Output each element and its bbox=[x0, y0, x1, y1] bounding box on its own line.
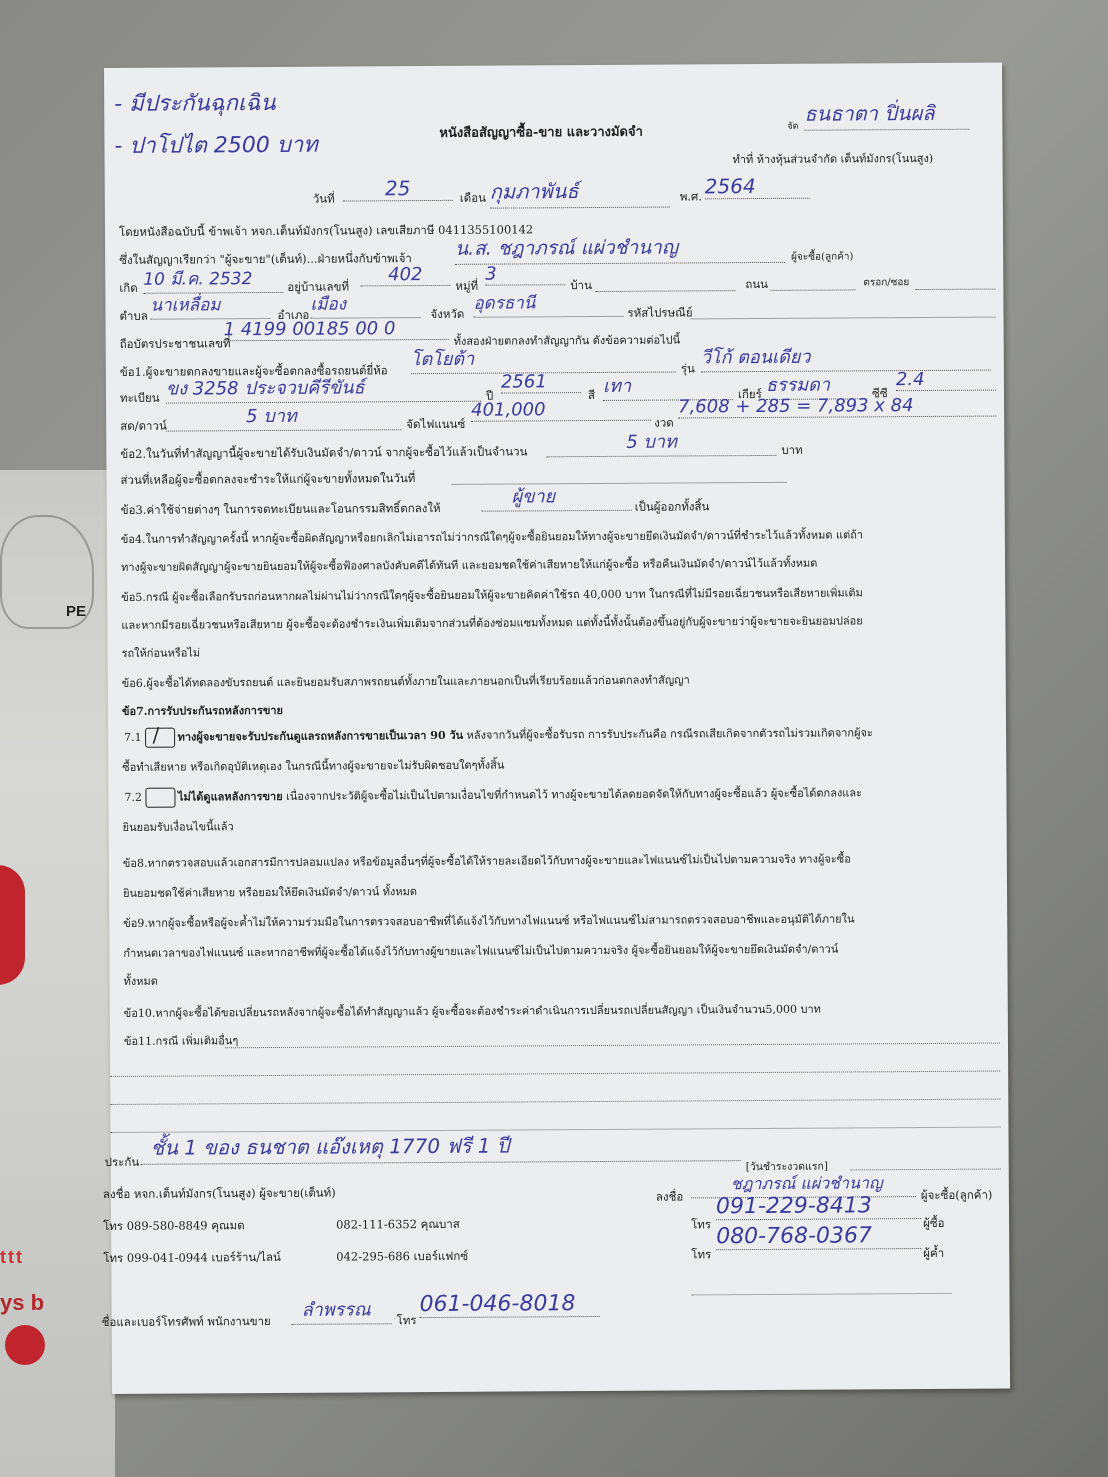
road-field bbox=[770, 289, 855, 291]
year-value: 2564 bbox=[705, 174, 810, 200]
clause9-line3: ทั้งหมด bbox=[124, 972, 158, 990]
soi-field bbox=[915, 289, 995, 290]
bag-text: PE bbox=[66, 603, 86, 620]
clause3-label: ข้อ3.ค่าใช้จ่ายต่างๆ ในการจดทะเบียนและโอ… bbox=[121, 500, 441, 520]
red-print bbox=[0, 865, 25, 985]
clause7-1-rest: หลังจากวันที่ผู้จะซื้อรับรถ การรับประกัน… bbox=[463, 726, 873, 742]
born-label: เกิด bbox=[119, 280, 137, 298]
seller-phone-2: 082-111-6352 คุณบาส bbox=[336, 1216, 460, 1235]
road-label: ถนน bbox=[745, 276, 768, 294]
clause7-2-number: 7.2 bbox=[124, 791, 142, 804]
clause11-line-3 bbox=[110, 1099, 1000, 1105]
clause8-line1: ข้อ8.หากตรวจสอบแล้วเอกสารมีการปลอมแปลง ห… bbox=[123, 849, 851, 871]
subdistrict-value: นาเหลื่อม bbox=[150, 291, 270, 320]
clause7-1-row: 7.1/ทางผู้จะขายจะรับประกันดูแลรถหลังการข… bbox=[124, 723, 873, 748]
handwritten-note-1: - มีประกันฉุกเฉิน bbox=[114, 85, 275, 121]
staff-tel-label: โทร bbox=[397, 1312, 417, 1330]
clause4-line2: ทางผู้จะขายผิดสัญญาผู้จะขายยินยอมให้ผู้จ… bbox=[121, 554, 817, 576]
year-label: พ.ศ. bbox=[680, 188, 702, 206]
moo-value: 3 bbox=[485, 263, 565, 285]
clause6: ข้อ6.ผู้จะซื้อได้ทดลองขับรถยนต์ และยินยอ… bbox=[122, 670, 690, 691]
clause3-value: ผู้ขาย bbox=[482, 481, 632, 512]
down-label: สด/ดาวน์ bbox=[120, 418, 167, 436]
document-title: หนังสือสัญญาซื้อ-ขาย และวางมัดจำ bbox=[439, 121, 643, 143]
contract-paper: - มีประกันฉุกเฉิน - ปาโปไต 2500 บาท หนัง… bbox=[104, 63, 1010, 1394]
clause7-1-bold: ทางผู้จะขายจะรับประกันดูแลรถหลังการขายเป… bbox=[178, 729, 464, 744]
day-label: วันที่ bbox=[313, 191, 335, 209]
brand-value: โตโยต้า bbox=[411, 343, 676, 375]
clause2a-value: 5 บาท bbox=[546, 426, 776, 457]
clause11-line-1 bbox=[225, 1043, 1000, 1049]
clause9-line2: กำหนดเวลาของไฟแนนซ์ และหากอาชีพที่ผู้จะซ… bbox=[123, 940, 838, 962]
place: ทำที่ ห้างหุ้นส่วนจำกัด เต็นท์มังกร(โนนส… bbox=[733, 149, 934, 168]
plate-label: ทะเบียน bbox=[120, 390, 160, 408]
postcode-label: รหัสไปรษณีย์ bbox=[627, 304, 692, 322]
id-value: 1 4199 00185 00 0 bbox=[224, 318, 449, 341]
id-label: ถือบัตรประชาชนเลขที่ bbox=[120, 335, 231, 354]
clause2b-label: ส่วนที่เหลือผู้จะซื้อตกลงจะชำระให้แก่ผู้… bbox=[120, 470, 415, 490]
bag-text-bottom: ys b bbox=[0, 1290, 44, 1316]
house-no-value: 402 bbox=[360, 264, 450, 287]
born-value: 10 มี.ค. 2532 bbox=[143, 265, 283, 294]
clause7-2-line2: ยินยอมรับเงื่อนไขนี้แล้ว bbox=[123, 817, 234, 836]
background-bag: PE ttt ys b bbox=[0, 470, 115, 1477]
installment-value: 7,608 + 285 = 7,893 x 84 bbox=[678, 395, 996, 419]
soi-label: ตรอก/ซอย bbox=[863, 275, 909, 290]
buyer-name-field: น.ส. ชฎาภรณ์ แผ่วชำนาญ bbox=[455, 232, 785, 265]
check-mark-icon: / bbox=[153, 723, 160, 747]
postcode-field bbox=[691, 317, 996, 320]
seller-phone-3: โทร 099-041-0944 เบอร์ร้าน/ไลน์ bbox=[103, 1249, 281, 1268]
clause7-2-rest: เนื่องจากประวัติผู้จะซื้อไม่เป็นไปตามเงื… bbox=[283, 786, 862, 803]
clause7-2-row: 7.2ไม่ได้ดูแลหลังการขาย เนื่องจากประวัติ… bbox=[124, 783, 862, 808]
clause11-line-2 bbox=[110, 1071, 1000, 1077]
finance-label: จัดไฟแนนซ์ bbox=[406, 416, 465, 434]
buyer-tel-label: โทร bbox=[691, 1216, 711, 1234]
seller-phone-1: โทร 089-580-8849 คุณมด bbox=[103, 1217, 245, 1236]
clause8-line2: ยินยอมชดใช้ค่าเสียหาย หรือยอมให้ยึดเงินม… bbox=[123, 882, 417, 902]
clause2a-label: ข้อ2.ในวันที่ทำสัญญานี้ผู้จะขายได้รับเงิ… bbox=[120, 443, 527, 463]
buyer-sign-label: ลงชื่อ bbox=[656, 1188, 683, 1206]
clause5-line1: ข้อ5.กรณี ผู้จะซื้อเลือกรับรถก่อนหากผลไม… bbox=[121, 583, 863, 606]
clause7-2-checkbox[interactable] bbox=[145, 788, 175, 808]
buyer-suffix: ผู้จะซื้อ(ลูกค้า) bbox=[791, 249, 853, 264]
insurance-value: ชั้น 1 ของ ธนชาต แอ๊งเหตุ 1770 ฟรี 1 ปี bbox=[140, 1128, 740, 1165]
staff-name: ลำพรรณ bbox=[291, 1294, 391, 1325]
clause3-suffix: เป็นผู้ออกทั้งสิ้น bbox=[635, 498, 710, 516]
car-year-value: 2561 bbox=[501, 371, 581, 393]
buyer-tel-value: 091-229-8413 bbox=[716, 1193, 921, 1220]
extra-sign-line bbox=[692, 1293, 952, 1296]
bag-red-text: ttt bbox=[0, 1247, 24, 1268]
day-value: 25 bbox=[343, 176, 453, 202]
made-by-value: ธนธาตา ปิ่นผลิ bbox=[804, 97, 969, 131]
staff-tel-value: 061-046-8018 bbox=[419, 1291, 599, 1318]
month-value: กุมภาพันธ์ bbox=[490, 175, 670, 209]
clause4-line1: ข้อ4.ในการทำสัญญาครั้งนี้ หากผู้จะซื้อผิ… bbox=[121, 525, 863, 548]
clause7-1-checkbox[interactable]: / bbox=[145, 728, 175, 748]
clause5-line3: รถให้ก่อนหรือไม่ bbox=[122, 643, 201, 661]
clause5-line2: และหากมีรอยเฉี่ยวชนหรือเสียหาย ผู้จะซื้อ… bbox=[121, 611, 862, 634]
district-value: เมือง bbox=[310, 290, 420, 319]
strawberry-print bbox=[5, 1325, 45, 1365]
finance-value: 401,000 bbox=[471, 399, 651, 422]
clause2a-suffix: บาท bbox=[781, 442, 802, 460]
buyer-tel-suffix: ผู้ซื้อ bbox=[923, 1215, 945, 1233]
seller-signature: ลงชื่อ หจก.เต็นท์มังกร(โนนสูง) ผู้จะขาย(… bbox=[103, 1185, 336, 1204]
clause7-1-line2: ซื้อทำเสียหาย หรือเกิดอุบัติเหตุเอง ในกร… bbox=[122, 756, 504, 776]
clause10: ข้อ10.หากผู้จะซื้อได้ขอเปลี่ยนรถหลังจากผ… bbox=[124, 1000, 821, 1022]
made-by-label: จัด bbox=[787, 119, 798, 133]
month-label: เดือน bbox=[460, 190, 486, 208]
insurance-label: ประกัน bbox=[105, 1154, 140, 1172]
plate-value: ขง 3258 ประจวบคีรีขันธ์ bbox=[166, 372, 481, 404]
province-value: อุดรธานี bbox=[473, 289, 623, 318]
cc-value: 2.4 bbox=[896, 369, 996, 392]
buyer-sign-suffix: ผู้จะซื้อ(ลูกค้า) bbox=[921, 1187, 993, 1205]
subdistrict-label: ตำบล bbox=[119, 308, 147, 326]
seller-phone-4: 042-295-686 เบอร์แฟกซ์ bbox=[336, 1248, 468, 1267]
first-payment-line bbox=[851, 1169, 1001, 1171]
guarantor-tel-suffix: ผู้ค้ำ bbox=[923, 1245, 944, 1263]
handwritten-note-2: - ปาโปไต 2500 บาท bbox=[114, 127, 317, 163]
staff-label: ชื่อและเบอร์โทรศัพท์ พนักงานขาย bbox=[102, 1313, 271, 1332]
guarantor-tel-label: โทร bbox=[691, 1246, 711, 1264]
guarantor-tel-value: 080-768-0367 bbox=[716, 1223, 921, 1250]
clause9-line1: ข้อ9.หากผู้จะซื้อหรือผู้จะค้ำไม่ให้ความร… bbox=[123, 909, 854, 931]
clause7-2-bold: ไม่ได้ดูแลหลังการขาย bbox=[178, 790, 283, 804]
clause7-title: ข้อ7.การรับประกันรถหลังการขาย bbox=[122, 701, 283, 720]
down-value: 5 บาท bbox=[166, 400, 401, 431]
model-value: วีโก้ ตอนเดียว bbox=[701, 341, 991, 373]
clause7-1-number: 7.1 bbox=[124, 731, 142, 744]
clause11-label: ข้อ11.กรณี เพิ่มเติมอื่นๆ bbox=[124, 1031, 238, 1050]
